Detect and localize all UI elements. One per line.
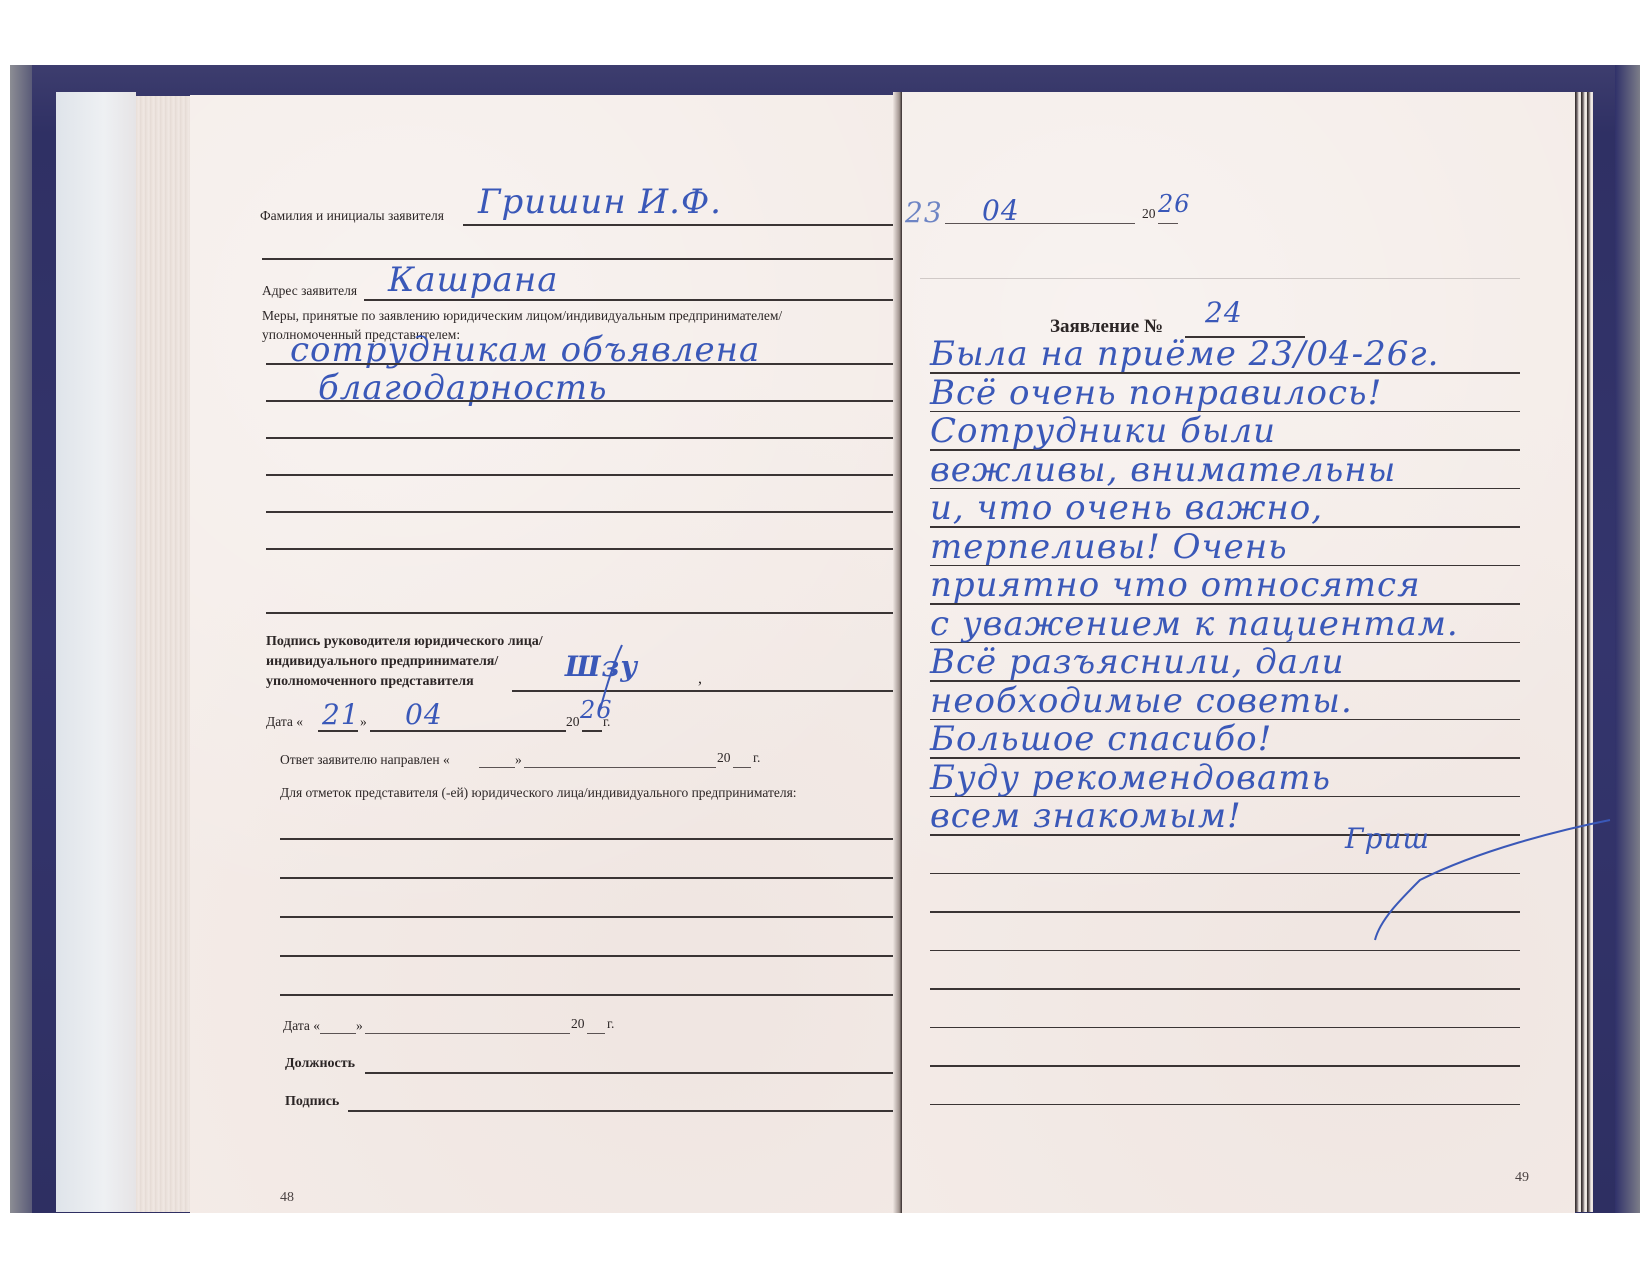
top-date-year-prefix: 20 [1142, 206, 1156, 222]
statement-line[interactable]: Большое спасибо! [930, 719, 1272, 759]
ruled-line [930, 1027, 1520, 1029]
statement-line[interactable]: Буду рекомендовать [930, 758, 1331, 798]
statement-line[interactable]: Была на приёме 23/04-26г. [930, 334, 1439, 374]
applicant-address-label: Адрес заявителя [262, 283, 357, 299]
notes-line[interactable] [280, 838, 900, 840]
reply-year-suffix: г. [753, 750, 760, 766]
notes-label: Для отметок представителя (-ей) юридичес… [280, 785, 797, 801]
ruled-line [930, 988, 1520, 990]
date-year-suffix: г. [603, 714, 610, 730]
applicant-name-continuation-line [262, 258, 899, 260]
reply-close-quote: » [515, 752, 522, 768]
date2-month-line[interactable] [365, 1033, 570, 1034]
statement-line[interactable]: необходимые советы. [930, 681, 1353, 721]
date-year-line [582, 730, 602, 732]
page-stack-left [136, 96, 196, 1212]
date2-close-quote: » [356, 1018, 363, 1034]
reply-month-line[interactable] [524, 767, 716, 768]
applicant-name-field-line [463, 224, 899, 226]
date2-year-line[interactable] [587, 1033, 605, 1034]
statement-line[interactable]: и, что очень важно, [930, 488, 1323, 528]
top-date-line [945, 223, 1135, 224]
applicant-address-value[interactable]: Кашрана [388, 260, 559, 300]
ruled-line [266, 363, 899, 365]
date-label: Дата « [266, 714, 303, 730]
signature2-label: Подпись [285, 1094, 339, 1110]
scan-margin [0, 1213, 1650, 1275]
cover-edge-left [10, 65, 32, 1213]
signature-tail-stroke [1360, 810, 1620, 950]
reply-year-line[interactable] [733, 767, 751, 768]
position-field-line[interactable] [365, 1072, 900, 1074]
applicant-name-label: Фамилия и инициалы заявителя [260, 208, 444, 224]
comma-mark: , [698, 670, 702, 688]
signature-label-line2: индивидуального предпринимателя/ [266, 654, 498, 670]
applicant-name-value[interactable]: Гришин И.Ф. [478, 182, 722, 222]
date2-day-line[interactable] [320, 1033, 356, 1034]
top-date-year-value[interactable]: 26 [1158, 190, 1191, 218]
date-day-value[interactable]: 21 [322, 698, 360, 731]
page-stack-right [1575, 92, 1593, 1212]
reply-day-line[interactable] [479, 767, 515, 768]
ruled-line [266, 474, 899, 476]
ruled-line [930, 1065, 1520, 1067]
statement-line[interactable]: приятно что относятся [930, 565, 1421, 605]
ruled-line [266, 400, 899, 402]
statement-line[interactable]: Всё разъяснили, дали [930, 642, 1345, 682]
statement-number[interactable]: 24 [1205, 296, 1243, 329]
ruled-line [266, 437, 899, 439]
page-number-left: 48 [280, 1190, 294, 1206]
date2-year-suffix: г. [607, 1016, 614, 1032]
top-date-year-line [1158, 223, 1178, 224]
ruled-line [930, 1104, 1520, 1106]
measures-label-line1: Меры, принятые по заявлению юридическим … [262, 308, 782, 324]
date-month-line [370, 730, 566, 732]
statement-line[interactable]: вежливы, внимательны [930, 450, 1396, 490]
notes-line[interactable] [280, 955, 900, 957]
notes-line[interactable] [280, 877, 900, 879]
ruled-line [266, 548, 899, 550]
cover-edge-right [1615, 65, 1640, 1213]
statement-line[interactable]: Сотрудники были [930, 411, 1276, 451]
position-label: Должность [285, 1056, 355, 1072]
date-year-prefix: 20 [566, 714, 580, 730]
statement-line[interactable]: Всё очень понравилось! [930, 373, 1382, 413]
ruled-line [266, 612, 899, 614]
date2-year-prefix: 20 [571, 1016, 585, 1032]
ruled-line [266, 511, 899, 513]
statement-line[interactable]: терпеливы! Очень [930, 527, 1288, 567]
signature-label-line1: Подпись руководителя юридического лица/ [266, 634, 543, 650]
flyleaf [56, 92, 136, 1212]
statement-line[interactable]: с уважением к пациентам. [930, 604, 1459, 644]
signature-label-line3: уполномоченного представителя [266, 674, 474, 690]
date-month-value[interactable]: 04 [405, 698, 443, 731]
notes-line[interactable] [280, 916, 900, 918]
bleed-through-line [920, 278, 1520, 279]
date2-label: Дата « [283, 1018, 320, 1034]
measures-value-line2[interactable]: благодарность [318, 368, 608, 408]
page-number-right: 49 [1515, 1170, 1529, 1186]
statement-line[interactable]: всем знакомым! [930, 796, 1242, 836]
top-date-day[interactable]: 23 [905, 196, 943, 229]
signature2-field-line[interactable] [348, 1110, 900, 1112]
reply-sent-label: Ответ заявителю направлен « [280, 752, 450, 768]
date-close-quote: » [360, 714, 367, 730]
notes-line[interactable] [280, 994, 900, 996]
reply-year-prefix: 20 [717, 750, 731, 766]
